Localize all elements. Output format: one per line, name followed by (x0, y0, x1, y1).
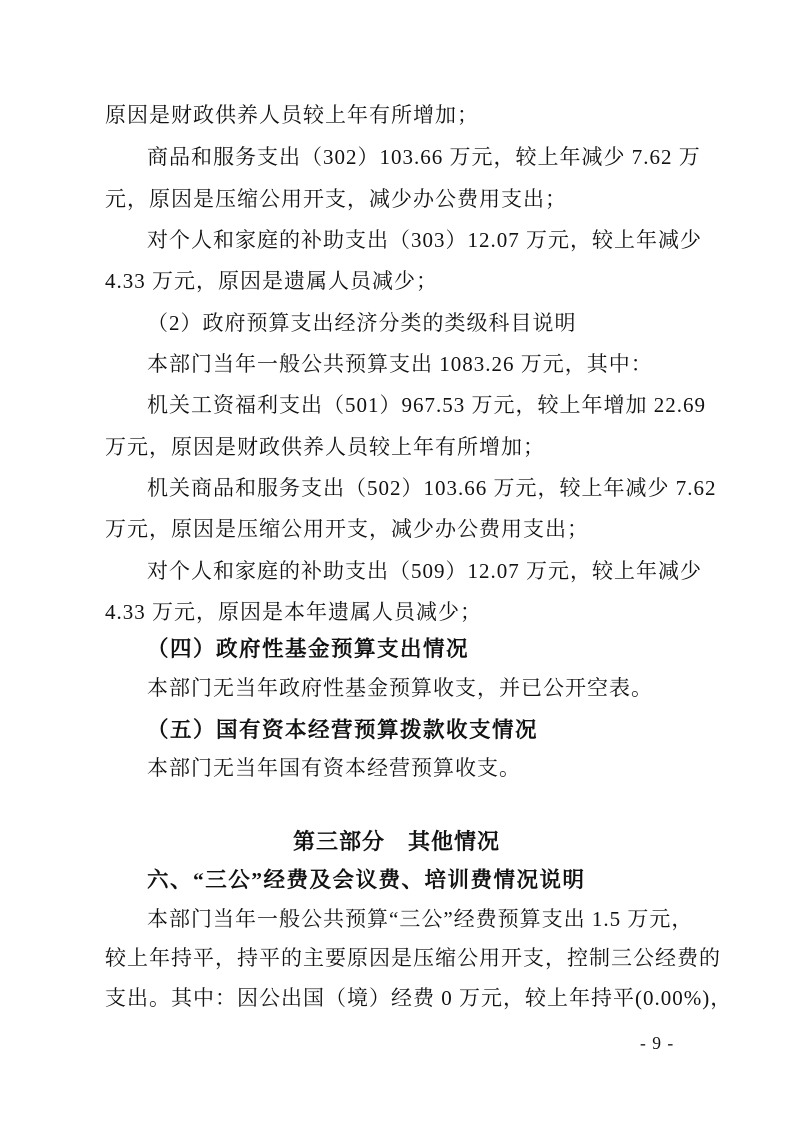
page-number: - 9 - (640, 1033, 740, 1054)
body-line: 机关商品和服务支出（502）103.66 万元，较上年减少 7.62 (147, 477, 717, 500)
body-line: 机关工资福利支出（501）967.53 万元，较上年增加 22.69 (147, 394, 706, 417)
body-line: 万元，原因是财政供养人员较上年有所增加； (105, 436, 545, 459)
body-line: 本部门当年一般公共预算支出 1083.26 万元，其中： (147, 353, 653, 376)
body-line: 本部门无当年国有资本经营预算收支。 (147, 757, 521, 780)
document-page: 原因是财政供养人员较上年有所增加； 商品和服务支出（302）103.66 万元，… (0, 0, 793, 1122)
body-line: 支出。其中：因公出国（境）经费 0 万元，较上年持平(0.00%)， (105, 987, 732, 1010)
body-line: 对个人和家庭的补助支出（303）12.07 万元，较上年减少 (147, 229, 702, 252)
subsection-heading-4: （四）政府性基金预算支出情况 (147, 638, 469, 661)
subsection-heading-5: （五）国有资本经营预算拨款收支情况 (147, 719, 538, 742)
body-line: 本部门无当年政府性基金预算收支，并已公开空表。 (147, 677, 653, 700)
body-line: 元，原因是压缩公用开支，减少办公费用支出； (105, 188, 567, 211)
body-line: 4.33 万元，原因是遗属人员减少； (105, 270, 438, 293)
list-item-heading: （2）政府预算支出经济分类的类级科目说明 (147, 312, 577, 335)
body-line: 对个人和家庭的补助支出（509）12.07 万元，较上年减少 (147, 560, 702, 583)
body-line: 商品和服务支出（302）103.66 万元，较上年减少 7.62 万 (147, 146, 701, 169)
body-line: 万元，原因是压缩公用开支，减少办公费用支出； (105, 518, 589, 541)
body-line: 原因是财政供养人员较上年有所增加； (105, 104, 479, 127)
body-line: 较上年持平，持平的主要原因是压缩公用开支，控制三公经费的 (105, 947, 721, 970)
part-heading: 第三部分 其他情况 (0, 830, 793, 854)
body-line: 本部门当年一般公共预算“三公”经费预算支出 1.5 万元， (147, 908, 693, 931)
subsection-heading-6: 六、“三公”经费及会议费、培训费情况说明 (147, 869, 586, 892)
body-line: 4.33 万元，原因是本年遗属人员减少； (105, 601, 482, 624)
